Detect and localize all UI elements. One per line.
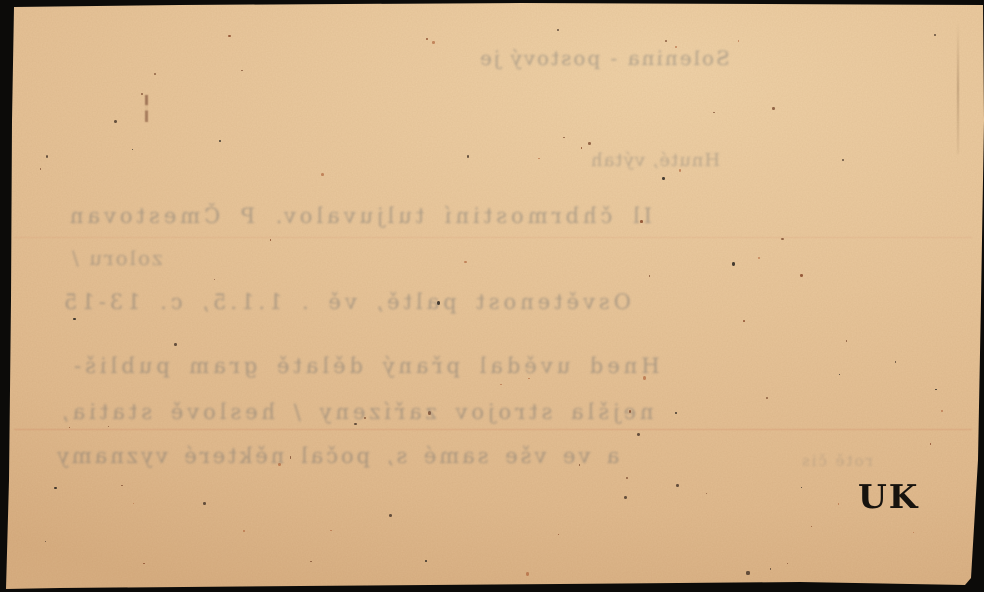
- paper-speck: [203, 502, 206, 506]
- paper-speck: [913, 532, 914, 533]
- paper-speck: [732, 262, 735, 265]
- paper-speck: [581, 147, 583, 149]
- paper-speck: [526, 572, 529, 575]
- paper-speck: [46, 155, 48, 158]
- paper-speck: [500, 384, 501, 385]
- scan-background: Solenina - postový je Hnuté, výtah Il čh…: [0, 0, 984, 592]
- paper-speck: [738, 40, 740, 42]
- paper-speck: [464, 261, 467, 264]
- bleedthrough-line: Osvětenost paltě, vě . 1.1.5, c. 13-15: [60, 290, 631, 314]
- paper-speck: [811, 526, 813, 528]
- ruled-line: [14, 429, 972, 430]
- paper-speck: [310, 561, 311, 563]
- paper-speck: [770, 568, 771, 569]
- bleedthrough-line: nejšla strojov zařízeny / heslově statia…: [58, 400, 654, 424]
- paper-speck: [772, 107, 775, 111]
- paper-speck: [45, 541, 47, 543]
- paper-speck: [141, 93, 143, 95]
- paper-speck: [839, 374, 840, 375]
- paper-speck: [558, 534, 559, 535]
- bleedthrough-line: Hnuté, výtah: [590, 150, 720, 171]
- paper-speck: [662, 177, 665, 181]
- paper-speck: [228, 35, 230, 37]
- paper-speck: [214, 279, 215, 280]
- paper-speck: [432, 41, 435, 43]
- paper-speck: [143, 563, 145, 565]
- paper-speck: [389, 514, 392, 517]
- paper-speck: [781, 238, 783, 240]
- paper-speck: [706, 493, 707, 494]
- paper-speck: [588, 142, 591, 145]
- paper-speck: [241, 70, 243, 71]
- bleedthrough-line: zoloru /: [70, 246, 163, 270]
- paper-speck: [330, 530, 331, 531]
- paper-speck: [108, 426, 109, 427]
- index-card: Solenina - postový je Hnuté, výtah Il čh…: [0, 0, 984, 592]
- paper-speck: [40, 168, 41, 169]
- paper-speck: [665, 40, 667, 42]
- paper-speck: [114, 120, 117, 123]
- paper-speck: [557, 29, 559, 31]
- paper-speck: [801, 487, 802, 488]
- paper-speck: [758, 257, 760, 259]
- paper-speck: [895, 361, 896, 362]
- paper-speck: [528, 378, 529, 379]
- paper-speck: [676, 484, 679, 488]
- paper-speck: [846, 340, 848, 342]
- paper-speck: [935, 389, 937, 390]
- paper-speck: [133, 503, 134, 504]
- paper-speck: [270, 239, 272, 241]
- paper-speck: [174, 343, 177, 346]
- paper-speck: [563, 137, 565, 138]
- bleedthrough-line: Solenina - postový je: [478, 46, 730, 70]
- paper-speck: [934, 34, 936, 36]
- paper-speck: [746, 571, 749, 574]
- paper-speck: [243, 530, 245, 532]
- paper-speck: [766, 397, 768, 399]
- paper-speck: [132, 149, 133, 150]
- paper-speck: [154, 73, 156, 75]
- paper-speck: [941, 410, 943, 413]
- paper-speck: [538, 158, 540, 160]
- paper-speck: [637, 433, 640, 436]
- bleedthrough-line: a ve vše samé s, počal některé vyznamy: [54, 444, 619, 468]
- paper-speck: [842, 159, 844, 161]
- bleedthrough-line: Hned uvědal přaný dělatě gram publiš-: [70, 354, 660, 378]
- paper-crease: [957, 22, 959, 154]
- ruled-line-faint: [14, 237, 972, 238]
- paper-speck: [675, 412, 677, 414]
- paper-speck: [787, 563, 789, 564]
- paper-speck: [649, 275, 651, 277]
- paper-speck: [219, 140, 222, 143]
- paper-speck: [743, 320, 745, 322]
- paper-speck: [930, 443, 931, 445]
- bleedthrough-line: Il čhbrmostiní tuljuvalov. P Čmestovan: [66, 204, 652, 228]
- ink-smudge: [145, 95, 148, 122]
- paper-speck: [838, 503, 839, 505]
- paper-speck: [73, 318, 75, 321]
- paper-speck: [800, 274, 803, 276]
- bleedthrough-line: rotě čis: [800, 452, 873, 470]
- paper-speck: [425, 560, 427, 562]
- paper-speck: [624, 496, 627, 499]
- paper-speck: [121, 485, 123, 487]
- paper-speck: [626, 477, 628, 479]
- paper-speck: [713, 112, 714, 113]
- uk-ownership-stamp: UK: [858, 477, 919, 516]
- paper-speck: [467, 155, 469, 157]
- paper-speck: [54, 487, 57, 490]
- paper-speck: [426, 38, 428, 40]
- paper-speck: [321, 173, 324, 176]
